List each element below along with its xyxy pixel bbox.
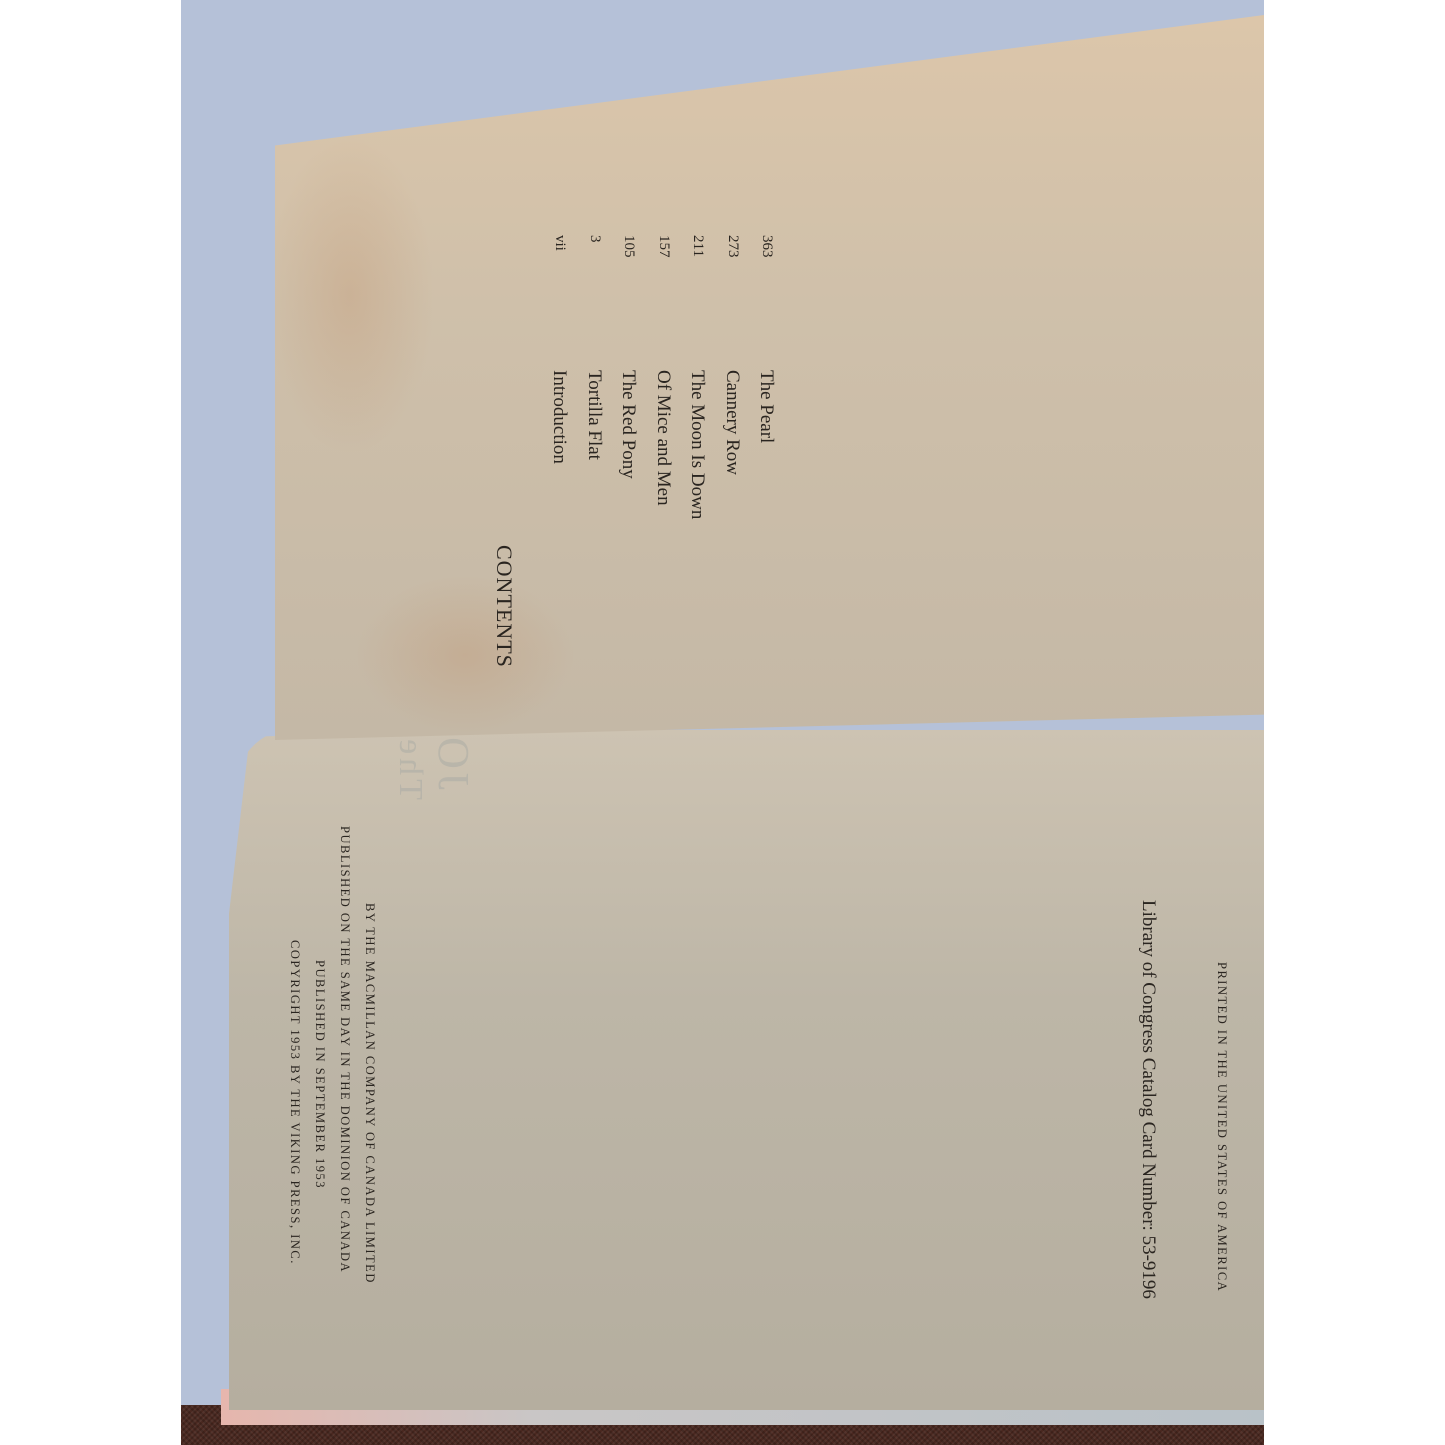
catalog-card-number: Library of Congress Catalog Card Number:…	[1137, 900, 1159, 1299]
copyright-page: JOHN STEINBECK The Short Novels of COPYR…	[229, 730, 1264, 1410]
water-stain	[355, 575, 575, 735]
printed-in-line: PRINTED IN THE UNITED STATES OF AMERICA	[1214, 962, 1229, 1292]
copyright-line-4: BY THE MACMILLAN COMPANY OF CANADA LIMIT…	[362, 903, 377, 1284]
copyright-line-3: PUBLISHED ON THE SAME DAY IN THE DOMINIO…	[337, 826, 352, 1273]
toc-entry-title: Of Mice and Men	[652, 370, 674, 506]
toc-entry-page: 3	[586, 235, 603, 243]
copyright-line-1: COPYRIGHT 1953 BY THE VIKING PRESS, INC.	[287, 940, 302, 1265]
contents-page: CONTENTS IntroductionviiTortilla Flat3Th…	[275, 15, 1264, 740]
toc-entry-title: Introduction	[548, 370, 570, 464]
water-stain	[265, 135, 435, 455]
toc-entry-page: 273	[724, 235, 741, 258]
toc-entry-title: The Pearl	[755, 370, 777, 443]
toc-entry-title: Tortilla Flat	[583, 370, 605, 460]
toc-entry-page: 157	[655, 235, 672, 258]
toc-entry-title: The Red Pony	[617, 370, 639, 479]
toc-entry-page: 211	[689, 235, 706, 257]
toc-entry-page: vii	[551, 235, 568, 251]
book-photo: JOHN STEINBECK The Short Novels of COPYR…	[181, 0, 1264, 1445]
copyright-line-2: PUBLISHED IN SEPTEMBER 1953	[312, 960, 327, 1189]
contents-heading: CONTENTS	[491, 545, 517, 668]
toc-entry-page: 105	[620, 235, 637, 258]
toc-entry-page: 363	[758, 235, 775, 258]
toc-entry-title: The Moon Is Down	[686, 370, 708, 519]
toc-entry-title: Cannery Row	[721, 370, 743, 475]
